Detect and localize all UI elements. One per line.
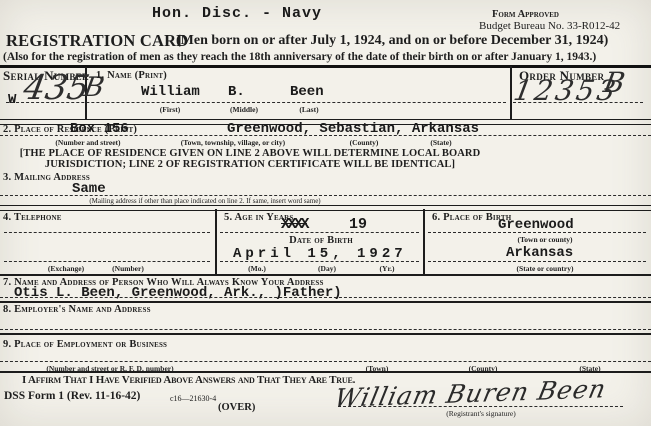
telephone-number-sublabel: (Number) [100,264,156,273]
divider-name-order [510,66,512,120]
card-title-note: (Men born on or after July 1, 1924, and … [176,33,608,49]
dob-year-sublabel: (Yr.) [364,264,410,273]
rule-telephone-line2 [4,261,210,262]
age-struck-value: XXXX [281,216,307,233]
divider-telephone-age [215,209,217,274]
print-code-label: c16—21630-4 [170,394,216,403]
registration-card-document: Hon. Disc. - Navy Form Approved Budget B… [0,0,651,426]
rule-employment-bottom [0,371,651,373]
discharge-stamp: Hon. Disc. - Navy [152,5,322,22]
contact-value: Otis L. Been, Greenwood, Ark., )Father) [14,285,342,301]
form-approved-label: Form Approved [492,9,559,20]
rule-signature [338,406,623,407]
rule-name-writein [6,102,506,103]
telephone-exchange-sublabel: (Exchange) [35,264,97,273]
dob-month-sublabel: (Mo.) [234,264,280,273]
affirmation-statement: I Affirm That I Have Verified Above Answ… [22,374,355,386]
rule-employer-writein [0,329,651,330]
rule-residence-writein [0,135,651,136]
divider-age-birth [423,209,425,274]
birth-state-sublabel: (State or country) [492,264,598,273]
rule-birth-line1 [428,232,646,233]
name-middle-value: B. [228,84,245,100]
local-board-notice-line1: [THE PLACE OF RESIDENCE GIVEN ON LINE 2 … [0,148,500,159]
residence-state-sublabel: (State) [416,138,466,147]
mailing-sublabel: (Mailing address if other than place ind… [55,197,355,205]
rule-age-line2 [220,261,419,262]
residence-town-sublabel: (Town, township, village, or city) [168,138,298,147]
rule-telephone-line1 [4,232,210,233]
rule-row4-bottom [0,274,651,276]
name-middle-sublabel: (Middle) [216,105,272,114]
signature-sublabel: (Registrant's signature) [400,409,562,418]
name-first-sublabel: (First) [144,105,196,114]
employment-section-label: 9. Place of Employment or Business [3,339,167,350]
rule-employer-bottom [0,333,651,335]
rule-mailing-writein [0,195,651,196]
over-label: (OVER) [218,402,255,413]
form-id-label: DSS Form 1 (Rev. 11-16-42) [4,390,140,402]
name-last-sublabel: (Last) [284,105,334,114]
name-section-label: 1. Name (Print) [96,70,167,81]
rule-contact-writein [0,297,651,298]
residence-county-sublabel: (County) [334,138,394,147]
rule-age-line1 [220,232,419,233]
date-of-birth-label: Date of Birth [224,235,418,246]
rule-employment-writein [0,361,651,362]
rule-order-writein [513,102,643,103]
name-last-value: Been [290,84,324,100]
birth-town-sublabel: (Town or county) [495,235,595,244]
age-value: 19 [349,216,367,233]
rule-birth-line2 [428,261,646,262]
serial-prefix-typed: W [8,92,16,108]
birth-town-value: Greenwood [498,217,574,233]
date-of-birth-value: April 15, 1927 [233,246,407,262]
rule-mailing-bottom [0,205,651,211]
residence-street-sublabel: (Number and street) [48,138,128,147]
budget-bureau-label: Budget Bureau No. 33-R012-42 [479,20,620,32]
birth-state-value: Arkansas [506,245,573,261]
employer-section-label: 8. Employer's Name and Address [3,304,151,315]
local-board-notice-line2: JURISDICTION; LINE 2 OF REGISTRATION CER… [0,159,500,170]
dob-day-sublabel: (Day) [304,264,350,273]
registrant-signature: William Buren Been [332,374,609,413]
card-title: REGISTRATION CARD [6,31,188,51]
name-first-value: William [141,84,200,100]
card-subtitle: (Also for the registration of men as the… [3,51,596,63]
telephone-section-label: 4. Telephone [3,212,62,223]
order-suffix-handwritten: B [601,66,627,99]
rule-contact-bottom [0,301,651,303]
